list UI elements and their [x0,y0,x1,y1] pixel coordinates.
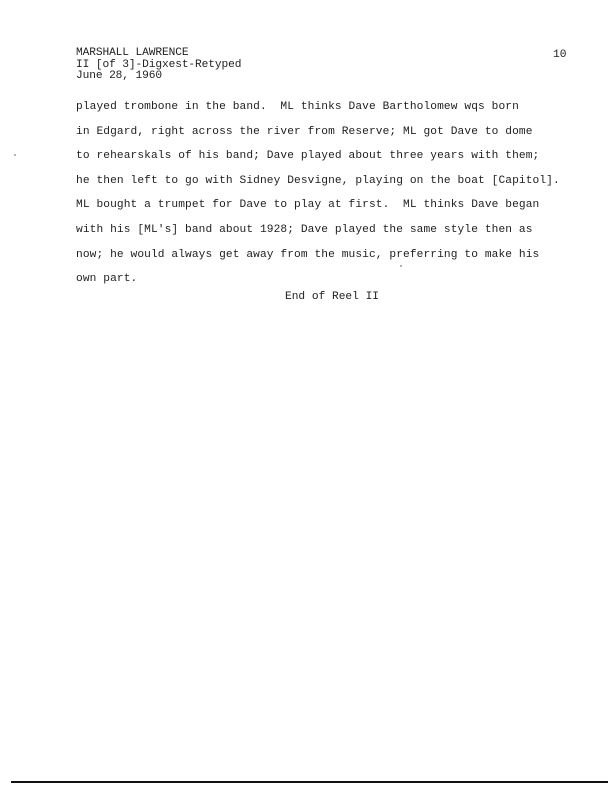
end-of-reel-note: End of Reel II [285,291,379,303]
body-line: own part. [76,267,596,292]
body-line: with his [ML's] band about 1928; Dave pl… [76,218,596,243]
body-line: to rehearskals of his band; Dave played … [76,144,596,169]
page-number: 10 [553,49,566,61]
interviewee-name: MARSHALL LAWRENCE [76,48,241,60]
document-header: MARSHALL LAWRENCE II [of 3]-Digxest-Rety… [76,48,241,83]
body-line: in Edgard, right across the river from R… [76,120,596,145]
body-line: he then left to go with Sidney Desvigne,… [76,169,596,194]
body-line: ML bought a trumpet for Dave to play at … [76,193,596,218]
body-line: played trombone in the band. ML thinks D… [76,95,596,120]
scan-speck [400,265,402,267]
body-text: played trombone in the band. ML thinks D… [76,95,596,292]
bottom-rule [11,781,608,783]
body-line: now; he would always get away from the m… [76,243,596,268]
interview-date: June 28, 1960 [76,71,241,83]
scan-speck [14,154,16,156]
